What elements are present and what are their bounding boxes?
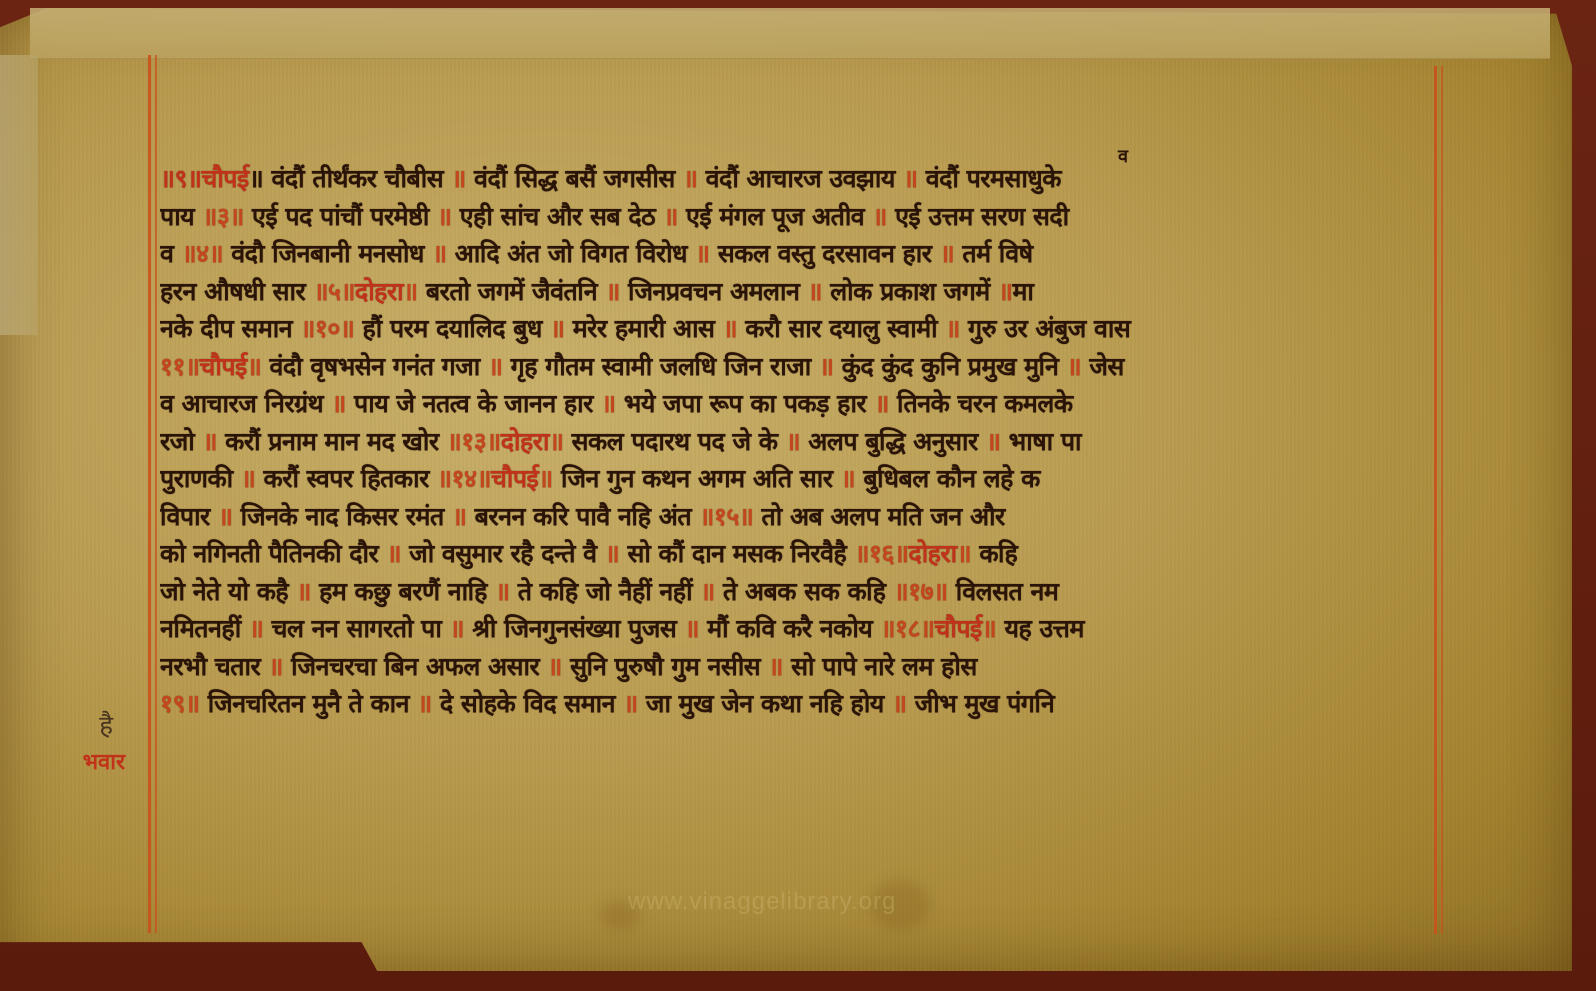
danda-verse-marker: ॥ — [605, 539, 619, 568]
text-segment: जिनचरचा बिन अफल असार — [283, 652, 548, 681]
danda-verse-marker: ॥ — [417, 689, 431, 718]
manuscript-line: नरभौ चतार ॥ जिनचरचा बिन अफल असार ॥ सुनि … — [160, 648, 1440, 686]
text-segment: को नगिनती पैतिनकी दौर — [160, 539, 386, 568]
manuscript-line: पाय ॥३॥ एई पद पांचौं परमेष्ठी ॥ एही सांच… — [160, 198, 1440, 236]
text-segment: जेस — [1081, 352, 1124, 381]
danda-verse-marker: ॥ — [819, 352, 833, 381]
danda-verse-marker: ॥ — [768, 652, 782, 681]
manuscript-line: पुराणकी ॥ करौं स्वपर हितकार ॥१४॥चौपई॥ जि… — [160, 460, 1440, 498]
danda-verse-marker: ॥ — [452, 502, 466, 531]
danda-verse-marker: ॥ — [723, 314, 737, 343]
danda-verse-marker: ॥ — [695, 239, 709, 268]
text-segment: वंदौं सिद्ध बसैं जगसीस — [466, 164, 683, 193]
manuscript-line: विपार ॥ जिनके नाद किसर रमंत ॥ बरनन करि प… — [160, 498, 1440, 536]
danda-verse-marker: ॥ — [547, 652, 561, 681]
text-segment: पाय जे नतत्व के जानन हार — [346, 389, 601, 418]
text-segment: व — [160, 239, 182, 268]
danda-verse-marker: ॥१४॥ — [437, 464, 491, 493]
text-segment: सो पापे नारे लम होस — [783, 652, 977, 681]
margin-note: है भवार — [45, 706, 125, 776]
danda-verse-marker: ॥ — [550, 314, 564, 343]
danda-verse-marker: ॥ — [808, 277, 822, 306]
danda-verse-marker: ११॥ — [160, 352, 199, 381]
danda-verse-marker: ॥ — [1067, 352, 1081, 381]
danda-verse-marker: ॥ — [495, 577, 509, 606]
text-segment: मा — [1012, 277, 1033, 306]
rubric-heading: ॥९॥ — [160, 164, 201, 193]
text-segment: विलसत नम — [948, 577, 1059, 606]
text-segment: भये जपा रूप का पकड़ हार — [616, 389, 875, 418]
danda-verse-marker: ॥१५॥ — [699, 502, 753, 531]
manuscript-line: ॥९॥चौपई॥ वंदौं तीर्थंकर चौबीस ॥ वंदौं सि… — [160, 160, 1440, 198]
text-segment: ते कहि जो नैहीं नहीं — [510, 577, 701, 606]
text-segment: नरभौ चतार — [160, 652, 268, 681]
manuscript-line: नमितनहीं ॥ चल नन सागरतो पा ॥ श्री जिनगुन… — [160, 610, 1440, 648]
text-segment: सो कौं दान मसक निरवैहै — [619, 539, 854, 568]
manuscript-line: व आचारज निरग्रंथ ॥ पाय जे नतत्व के जानन … — [160, 385, 1440, 423]
danda-verse-marker: ॥१३॥ — [447, 427, 501, 456]
danda-verse-marker: ॥ — [700, 577, 714, 606]
danda-verse-marker: ॥ — [249, 614, 263, 643]
right-margin-rule-inner — [1441, 66, 1443, 934]
text-segment: ॥ वंदौं तीर्थंकर चौबीस — [249, 164, 452, 193]
danda-verse-marker: ॥ — [685, 614, 699, 643]
text-segment: नमितनहीं — [160, 614, 249, 643]
danda-verse-marker: ॥ — [331, 389, 345, 418]
danda-verse-marker: ॥ — [247, 352, 261, 381]
rubric-heading: चौपई — [491, 464, 538, 493]
text-segment: एई पद पांचौं परमेष्ठी — [244, 202, 437, 231]
paper-repair-strip — [0, 55, 38, 335]
text-segment: मौं कवि करै नकोय — [699, 614, 881, 643]
text-segment: अलप बुद्धि अनुसार — [800, 427, 986, 456]
text-segment: भाषा पा — [1000, 427, 1081, 456]
text-segment: हौं परम दयालिद बुध — [354, 314, 550, 343]
danda-verse-marker: ॥ — [403, 277, 417, 306]
manuscript-text-block: ॥९॥चौपई॥ वंदौं तीर्थंकर चौबीस ॥ वंदौं सि… — [160, 160, 1440, 723]
danda-verse-marker: ॥ — [386, 539, 400, 568]
text-segment: गुरु उर अंबुज वास — [960, 314, 1130, 343]
text-segment: जिन गुन कथन अगम अति सार — [553, 464, 841, 493]
text-segment: एई मंगल पूज अतीव — [678, 202, 873, 231]
text-segment: बुधिबल कौन लहे क — [855, 464, 1040, 493]
text-segment: जो वसुमार रहै दन्ते वै — [401, 539, 605, 568]
danda-verse-marker: ॥१६॥ — [854, 539, 908, 568]
text-segment: सकल पदारथ पद जे के — [563, 427, 785, 456]
text-segment: नके दीप समान — [160, 314, 300, 343]
rubric-heading: दोहरा — [908, 539, 956, 568]
text-segment: पुराणकी — [160, 464, 241, 493]
danda-verse-marker: ॥५॥ — [313, 277, 354, 306]
left-margin-rule-inner — [155, 55, 157, 933]
danda-verse-marker: १९॥ — [160, 689, 199, 718]
folded-top-edge — [30, 8, 1550, 59]
danda-verse-marker: ॥ — [218, 502, 232, 531]
manuscript-line: को नगिनती पैतिनकी दौर ॥ जो वसुमार रहै दन… — [160, 535, 1440, 573]
rubric-heading: चौपई — [934, 614, 981, 643]
text-segment: एई उत्तम सरण सदी — [887, 202, 1069, 231]
danda-verse-marker: ॥ — [892, 689, 906, 718]
danda-verse-marker: ॥ — [872, 202, 886, 231]
text-segment: करौ सार दयालु स्वामी — [737, 314, 945, 343]
danda-verse-marker: ॥ — [623, 689, 637, 718]
text-segment: तो अब अलप मति जन और — [753, 502, 1004, 531]
danda-verse-marker: ॥ — [202, 427, 216, 456]
danda-verse-marker: ॥ — [601, 389, 615, 418]
text-segment: कुंद कुंद कुनि प्रमुख मुनि — [833, 352, 1066, 381]
text-segment: सुनि पुरुषौ गुम नसीस — [562, 652, 769, 681]
text-segment: यह उत्तम — [996, 614, 1084, 643]
text-segment: एही सांच और सब देठ — [452, 202, 664, 231]
text-segment: हम कछु बरणैं नाहि — [311, 577, 495, 606]
danda-verse-marker: ॥४॥ — [182, 239, 223, 268]
danda-verse-marker: ॥ — [998, 277, 1012, 306]
text-segment: वंदौं परमसाधुके — [918, 164, 1061, 193]
danda-verse-marker: ॥ — [488, 352, 502, 381]
text-segment: जिनचरितन मुनै ते कान — [199, 689, 417, 718]
text-segment: हरन औषधी सार — [160, 277, 313, 306]
text-segment: चल नन सागरतो पा — [263, 614, 449, 643]
text-segment: मरेर हमारी आस — [565, 314, 723, 343]
text-segment: कहि — [971, 539, 1017, 568]
text-segment: वंदौ वृषभसेन गनंत गजा — [261, 352, 488, 381]
manuscript-line: रजो ॥ करौं प्रनाम मान मद खोर ॥१३॥दोहरा॥ … — [160, 423, 1440, 461]
danda-verse-marker: ॥ — [663, 202, 677, 231]
danda-verse-marker: ॥ — [432, 239, 446, 268]
text-segment: श्री जिनगुनसंख्या पुजस — [464, 614, 685, 643]
rubric-heading: चौपई — [199, 352, 246, 381]
danda-verse-marker: ॥ — [451, 164, 465, 193]
rubric-heading: चौपई — [201, 164, 248, 193]
danda-verse-marker: ॥ — [241, 464, 255, 493]
danda-verse-marker: ॥१७॥ — [894, 577, 948, 606]
danda-verse-marker: ॥ — [296, 577, 310, 606]
margin-note-line2: भवार — [45, 746, 125, 776]
text-segment: दे सोहके विद समान — [432, 689, 624, 718]
text-segment: जा मुख जेन कथा नहि होय — [638, 689, 892, 718]
manuscript-line: ११॥चौपई॥ वंदौ वृषभसेन गनंत गजा ॥ गृह गौत… — [160, 348, 1440, 386]
danda-verse-marker: ॥ — [945, 314, 959, 343]
manuscript-line: १९॥ जिनचरितन मुनै ते कान ॥ दे सोहके विद … — [160, 685, 1440, 723]
manuscript-line: हरन औषधी सार ॥५॥दोहरा॥ बरतो जगमें जैवंतन… — [160, 273, 1440, 311]
rubric-heading: दोहरा — [501, 427, 549, 456]
danda-verse-marker: ॥ — [450, 614, 464, 643]
danda-verse-marker: ॥३॥ — [202, 202, 243, 231]
text-segment: गृह गौतम स्वामी जलधि जिन राजा — [502, 352, 819, 381]
rubric-heading: दोहरा — [355, 277, 403, 306]
watermark: www.vinaggelibrary.org — [628, 888, 896, 916]
danda-verse-marker: ॥ — [605, 277, 619, 306]
text-segment: विपार — [160, 502, 218, 531]
danda-verse-marker: ॥ — [841, 464, 855, 493]
text-segment: तर्म विषे — [954, 239, 1032, 268]
text-segment: बरतो जगमें जैवंतनि — [418, 277, 606, 306]
text-segment: जिनके नाद किसर रमंत — [232, 502, 451, 531]
manuscript-line: व ॥४॥ वंदौ जिनबानी मनसोध ॥ आदि अंत जो वि… — [160, 235, 1440, 273]
left-margin-rule-outer — [148, 55, 151, 933]
text-segment: जिनप्रवचन अमलान — [620, 277, 808, 306]
danda-verse-marker: ॥ — [538, 464, 552, 493]
text-segment: सकल वस्तु दरसावन हार — [710, 239, 940, 268]
text-segment: करौं स्वपर हितकार — [255, 464, 437, 493]
text-segment: तिनके चरन कमलके — [889, 389, 1073, 418]
text-segment: बरनन करि पावै नहि अंत — [466, 502, 699, 531]
text-segment: वंदौं आचारज उवझाय — [697, 164, 903, 193]
danda-verse-marker: ॥१८॥ — [881, 614, 935, 643]
danda-verse-marker: ॥ — [957, 539, 971, 568]
text-segment: रजो — [160, 427, 202, 456]
danda-verse-marker: ॥ — [268, 652, 282, 681]
danda-verse-marker: ॥ — [683, 164, 697, 193]
text-segment: आदि अंत जो विगत विरोध — [447, 239, 696, 268]
manuscript-line: नके दीप समान ॥१०॥ हौं परम दयालिद बुध ॥ म… — [160, 310, 1440, 348]
danda-verse-marker: ॥१०॥ — [300, 314, 354, 343]
manuscript-line: जो नेते यो कहै ॥ हम कछु बरणैं नाहि ॥ ते … — [160, 573, 1440, 611]
danda-verse-marker: ॥ — [903, 164, 917, 193]
margin-note-line1: है — [45, 706, 125, 742]
danda-verse-marker: ॥ — [437, 202, 451, 231]
text-segment: करौं प्रनाम मान मद खोर — [217, 427, 447, 456]
text-segment: लोक प्रकाश जगमें — [822, 277, 998, 306]
danda-verse-marker: ॥ — [549, 427, 563, 456]
text-segment: वंदौ जिनबानी मनसोध — [223, 239, 432, 268]
text-segment: पाय — [160, 202, 202, 231]
text-segment: ते अबक सक कहि — [715, 577, 894, 606]
danda-verse-marker: ॥ — [874, 389, 888, 418]
text-segment: जीभ मुख पंगनि — [907, 689, 1055, 718]
danda-verse-marker: ॥ — [982, 614, 996, 643]
danda-verse-marker: ॥ — [986, 427, 1000, 456]
text-segment: जो नेते यो कहै — [160, 577, 296, 606]
text-segment: व आचारज निरग्रंथ — [160, 389, 331, 418]
danda-verse-marker: ॥ — [940, 239, 954, 268]
danda-verse-marker: ॥ — [786, 427, 800, 456]
